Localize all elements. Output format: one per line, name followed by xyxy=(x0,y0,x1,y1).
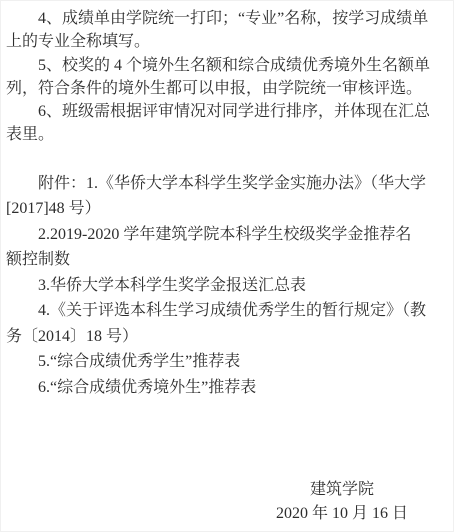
text-line: 额控制数 xyxy=(6,247,448,273)
text-line: 上的专业全称填写。 xyxy=(6,30,448,53)
text-line: 6、班级需根据评审情况对同学进行排序，并体现在汇总 xyxy=(6,100,448,123)
signature-block: 建筑学院 2020 年 10 月 16 日 xyxy=(6,478,448,525)
signature-organization: 建筑学院 xyxy=(276,478,408,502)
text-line: [2017]48 号） xyxy=(6,196,448,222)
signature-inner: 建筑学院 2020 年 10 月 16 日 xyxy=(276,478,408,525)
text-line: 表里。 xyxy=(6,123,448,146)
signature-date: 2020 年 10 月 16 日 xyxy=(276,502,408,526)
text-line: 列，符合条件的境外生都可以申报，由学院统一审核评选。 xyxy=(6,77,448,100)
text-line: 5、校奖的 4 个境外生名额和综合成绩优秀境外生名额单 xyxy=(6,54,448,77)
text-line: 附件：1.《华侨大学本科学生奖学金实施办法》（华大学 xyxy=(6,171,448,197)
text-line: 4、成绩单由学院统一打印；“专业”名称，按学习成绩单 xyxy=(6,7,448,30)
document-page: 4、成绩单由学院统一打印；“专业”名称，按学习成绩单上的专业全称填写。5、校奖的… xyxy=(0,0,454,532)
attachment-list: 附件：1.《华侨大学本科学生奖学金实施办法》（华大学[2017]48 号）2.2… xyxy=(6,171,448,401)
text-line: 2.2019-2020 学年建筑学院本科学生校级奖学金推荐名 xyxy=(6,222,448,248)
body-paragraphs: 4、成绩单由学院统一打印；“专业”名称，按学习成绩单上的专业全称填写。5、校奖的… xyxy=(6,7,448,147)
text-line: 4.《关于评选本科生学习成绩优秀学生的暂行规定》（教 xyxy=(6,298,448,324)
text-line: 3.华侨大学本科学生奖学金报送汇总表 xyxy=(6,273,448,299)
text-line: 5.“综合成绩优秀学生”推荐表 xyxy=(6,349,448,375)
text-line: 6.“综合成绩优秀境外生”推荐表 xyxy=(6,375,448,401)
text-line: 务〔2014〕18 号） xyxy=(6,324,448,350)
